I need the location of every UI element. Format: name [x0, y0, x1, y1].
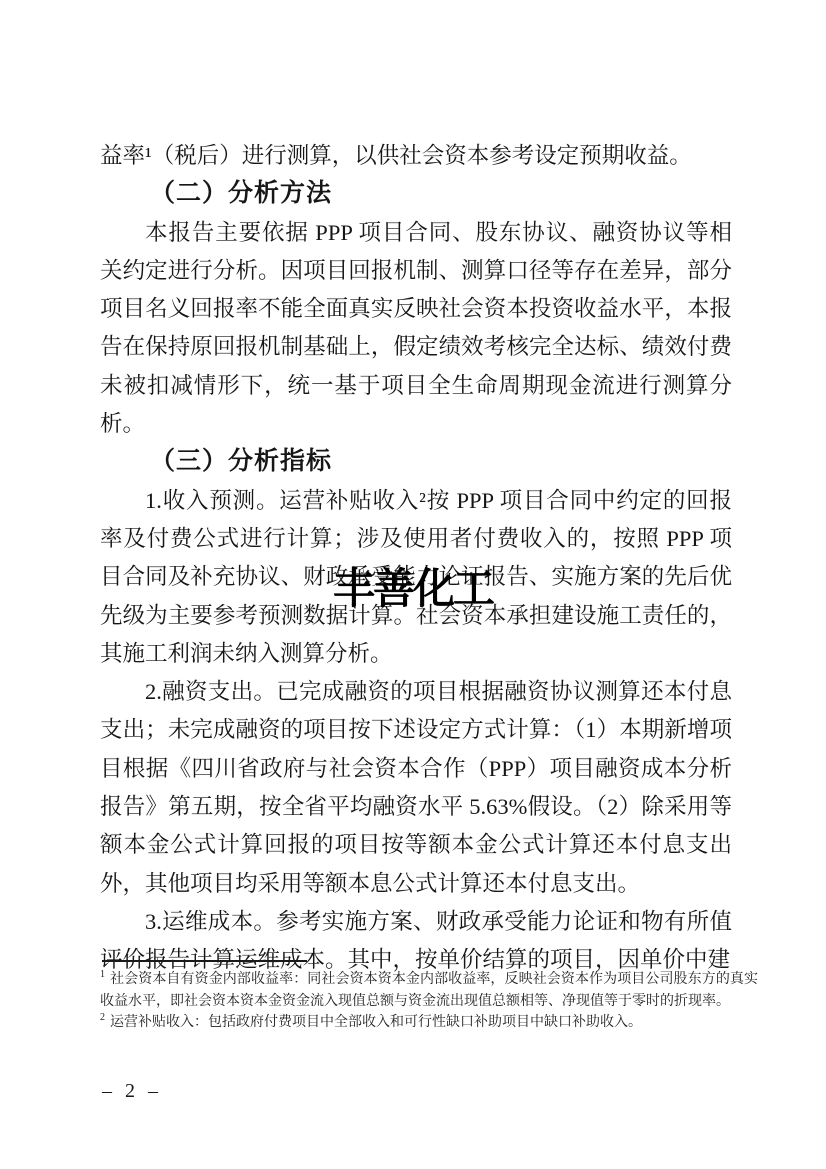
watermark-text: 丰善化工 — [333, 556, 493, 616]
footnote-marker: 1 — [100, 969, 105, 980]
footnote-item: 1社会资本自有资金内部收益率：同社会资本资本金内部收益率，反映社会资本作为项目公… — [100, 969, 758, 1012]
page-number: – 2 – — [102, 1080, 162, 1103]
footnote-text: 运营补贴收入：包括政府付费项目中全部收入和可行性缺口补助项目中缺口补助收入。 — [110, 1015, 642, 1030]
section-heading-analysis-indicators: （三）分析指标 — [100, 443, 732, 481]
footnote-area: 1社会资本自有资金内部收益率：同社会资本资本金内部收益率，反映社会资本作为项目公… — [100, 960, 758, 1034]
footnote-item: 2运营补贴收入：包括政府付费项目中全部收入和可行性缺口补助项目中缺口补助收入。 — [100, 1012, 758, 1034]
document-page: 益率¹（税后）进行测算，以供社会资本参考设定预期收益。 （二）分析方法 本报告主… — [0, 0, 826, 1169]
body-paragraph: 2.融资支出。已完成融资的项目根据融资协议测算还本付息支出；未完成融资的项目按下… — [100, 673, 732, 903]
body-paragraph: 本报告主要依据 PPP 项目合同、股东协议、融资协议等相关约定进行分析。因项目回… — [100, 214, 732, 444]
section-heading-analysis-method: （二）分析方法 — [100, 175, 732, 213]
body-paragraph-continuation: 益率¹（税后）进行测算，以供社会资本参考设定预期收益。 — [100, 137, 732, 175]
footnote-text: 社会资本自有资金内部收益率：同社会资本资本金内部收益率，反映社会资本作为项目公司… — [100, 972, 758, 1009]
footnote-marker: 2 — [100, 1012, 105, 1023]
footnote-separator — [102, 960, 307, 962]
